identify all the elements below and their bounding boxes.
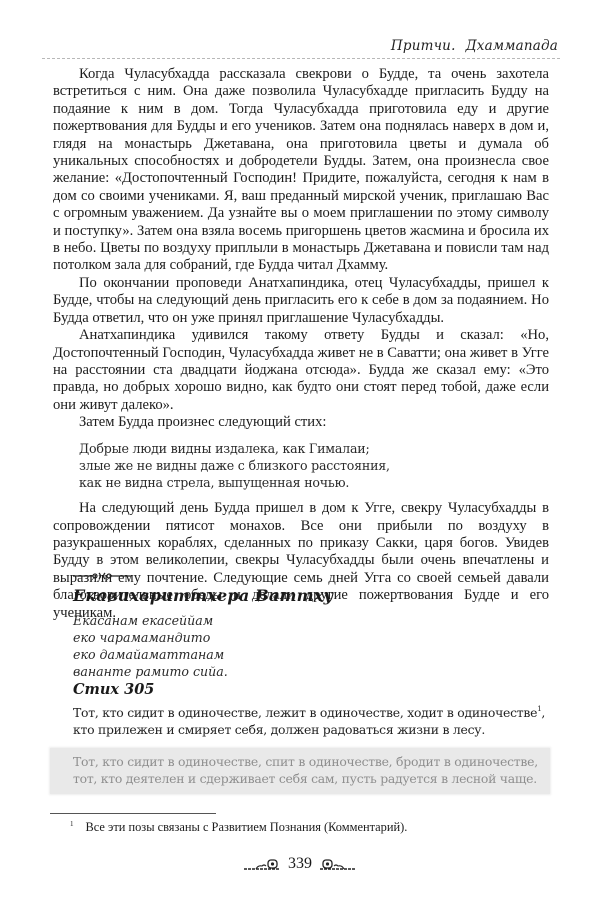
footnote: 1Все эти позы связаны с Развитием Познан… [70, 820, 407, 835]
footnote-mark: 1 [70, 820, 74, 828]
translation-line: тот, кто деятелен и сдерживает себя сам,… [73, 770, 538, 787]
story-text: Когда Чуласубхадда рассказала свекрови о… [53, 66, 549, 622]
right-ornament-icon [320, 857, 356, 871]
running-head-book: Притчи. [391, 38, 456, 54]
pali-line: вананте рамито сийа. [73, 663, 228, 680]
verse-line: кто прилежен и смиряет себя, должен радо… [73, 721, 543, 738]
running-head: Притчи.Дхаммапада [391, 38, 558, 54]
pali-line: Екасанам екасеййам [73, 612, 228, 629]
poem-line: злые же не видны даже с близкого расстоя… [79, 457, 549, 474]
punctuation: , [541, 705, 545, 720]
running-head-title: Дхаммапада [466, 38, 558, 54]
footnote-text: Все эти позы связаны с Развитием Познани… [86, 820, 408, 834]
page-number: 339 [288, 855, 312, 873]
pali-line: еко дамайаматтанам [73, 646, 228, 663]
verse-number: Стих 305 [73, 681, 154, 698]
verse-translation: Тот, кто сидит в одиночестве, лежит в од… [73, 701, 543, 738]
paragraph: Анатхапиндика удивился такому ответу Буд… [53, 327, 549, 414]
header-rule [42, 58, 560, 59]
book-page: Притчи.Дхаммапада Когда Чуласубхадда рас… [0, 0, 600, 913]
pali-verse: Екасанам екасеййам еко чарамамандито еко… [73, 612, 228, 680]
translation-line: Тот, кто сидит в одиночестве, спит в оди… [73, 753, 538, 770]
poem-line: Добрые люди видны издалека, как Гималаи; [79, 440, 549, 457]
quoted-poem: Добрые люди видны издалека, как Гималаи;… [79, 440, 549, 492]
page-footer: 339 [0, 855, 600, 873]
section-title: Екавихариттхера Ваттху [73, 586, 333, 605]
paragraph: Когда Чуласубхадда рассказала свекрови о… [53, 66, 549, 275]
ornament-divider-icon [73, 571, 131, 581]
footnote-rule [50, 813, 216, 814]
verse-line: Тот, кто сидит в одиночестве, лежит в од… [73, 705, 537, 720]
paragraph: Затем Будда произнес следующий стих: [53, 414, 549, 431]
poem-line: как не видна стрела, выпущенная ночью. [79, 474, 549, 491]
paragraph: По окончании проповеди Анатхапиндика, от… [53, 275, 549, 327]
alternate-translation-box: Тот, кто сидит в одиночестве, спит в оди… [50, 748, 550, 794]
pali-line: еко чарамамандито [73, 629, 228, 646]
left-ornament-icon [244, 857, 280, 871]
